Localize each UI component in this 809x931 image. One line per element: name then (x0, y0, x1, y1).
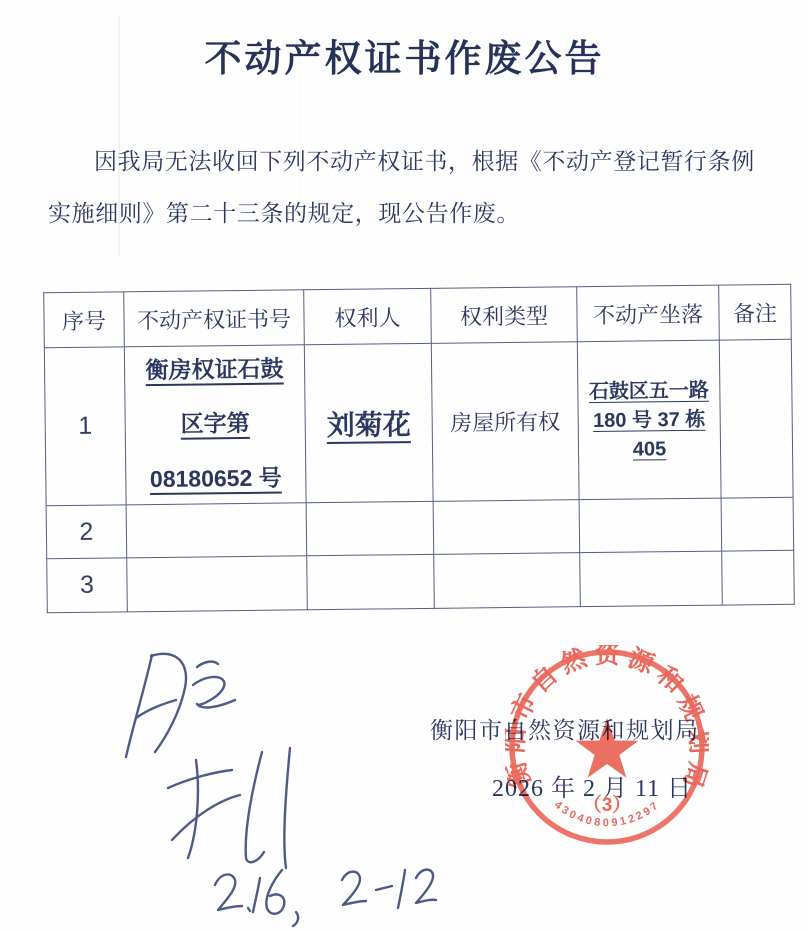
cell-right-type (433, 500, 580, 555)
official-seal: 衡阳市自然资源和规划局 （3） 4304080912297 (505, 645, 709, 849)
cell-location (580, 551, 723, 607)
cell-location: 石鼓区五一路 180 号 37 栋 405 (577, 340, 721, 500)
cell-no: 1 (44, 347, 126, 506)
seal-star-icon (576, 718, 639, 778)
notice-body: 因我局无法收回下列不动产权证书，根据《不动产登记暂行条例 实施细则》第二十三条的… (48, 142, 768, 246)
cell-holder: 刘菊花 (304, 343, 433, 502)
handwritten-signature (95, 628, 445, 930)
body-line-1: 因我局无法收回下列不动产权证书，根据《不动产登记暂行条例 (48, 142, 768, 194)
cell-no: 3 (47, 558, 128, 613)
cell-right-type: 房屋所有权 (431, 342, 579, 502)
cell-holder (307, 554, 435, 609)
location-line: 180 号 37 栋 (579, 406, 720, 434)
table-row: 1 衡房权证石鼓 区字第 08180652 号 刘菊花 房屋所有权 石鼓区五一路… (44, 339, 793, 505)
cell-remark (721, 497, 794, 551)
col-header-right-type: 权利类型 (431, 287, 578, 344)
location-line: 405 (579, 435, 720, 463)
cell-remark (719, 339, 793, 498)
cert-line: 衡房权证石鼓 (125, 356, 304, 387)
body-line-2: 实施细则》第二十三条的规定，现公告作废。 (48, 194, 768, 246)
seal-copy-number: （3） (583, 793, 632, 816)
col-header-location: 不动产坐落 (577, 285, 720, 342)
holder-name: 刘菊花 (327, 410, 411, 442)
table-header-row: 序号 不动产权证书号 权利人 权利类型 不动产坐落 备注 (44, 284, 792, 347)
cell-right-type (434, 553, 581, 609)
page-title: 不动产权证书作废公告 (0, 28, 809, 82)
cell-cert-number (126, 503, 307, 558)
cell-location (579, 498, 722, 553)
cell-cert-number (127, 556, 308, 612)
cell-cert-number: 衡房权证石鼓 区字第 08180652 号 (124, 345, 306, 505)
table-row: 2 (46, 497, 794, 558)
col-header-no: 序号 (44, 292, 125, 348)
cell-holder (306, 501, 434, 555)
col-header-cert: 不动产权证书号 (124, 290, 305, 347)
scanned-notice-page: 不动产权证书作废公告 因我局无法收回下列不动产权证书，根据《不动产登记暂行条例 … (0, 0, 809, 931)
location-line: 石鼓区五一路 (578, 377, 719, 405)
certificate-table: 序号 不动产权证书号 权利人 权利类型 不动产坐落 备注 1 衡房权证石鼓 区字… (43, 284, 795, 613)
cert-line: 08180652 号 (126, 463, 305, 494)
cell-remark (722, 550, 795, 605)
col-header-holder: 权利人 (304, 288, 432, 344)
cert-line: 区字第 (126, 409, 305, 440)
table-row: 3 (47, 550, 795, 612)
col-header-remark: 备注 (719, 284, 792, 340)
cell-no: 2 (46, 505, 127, 559)
